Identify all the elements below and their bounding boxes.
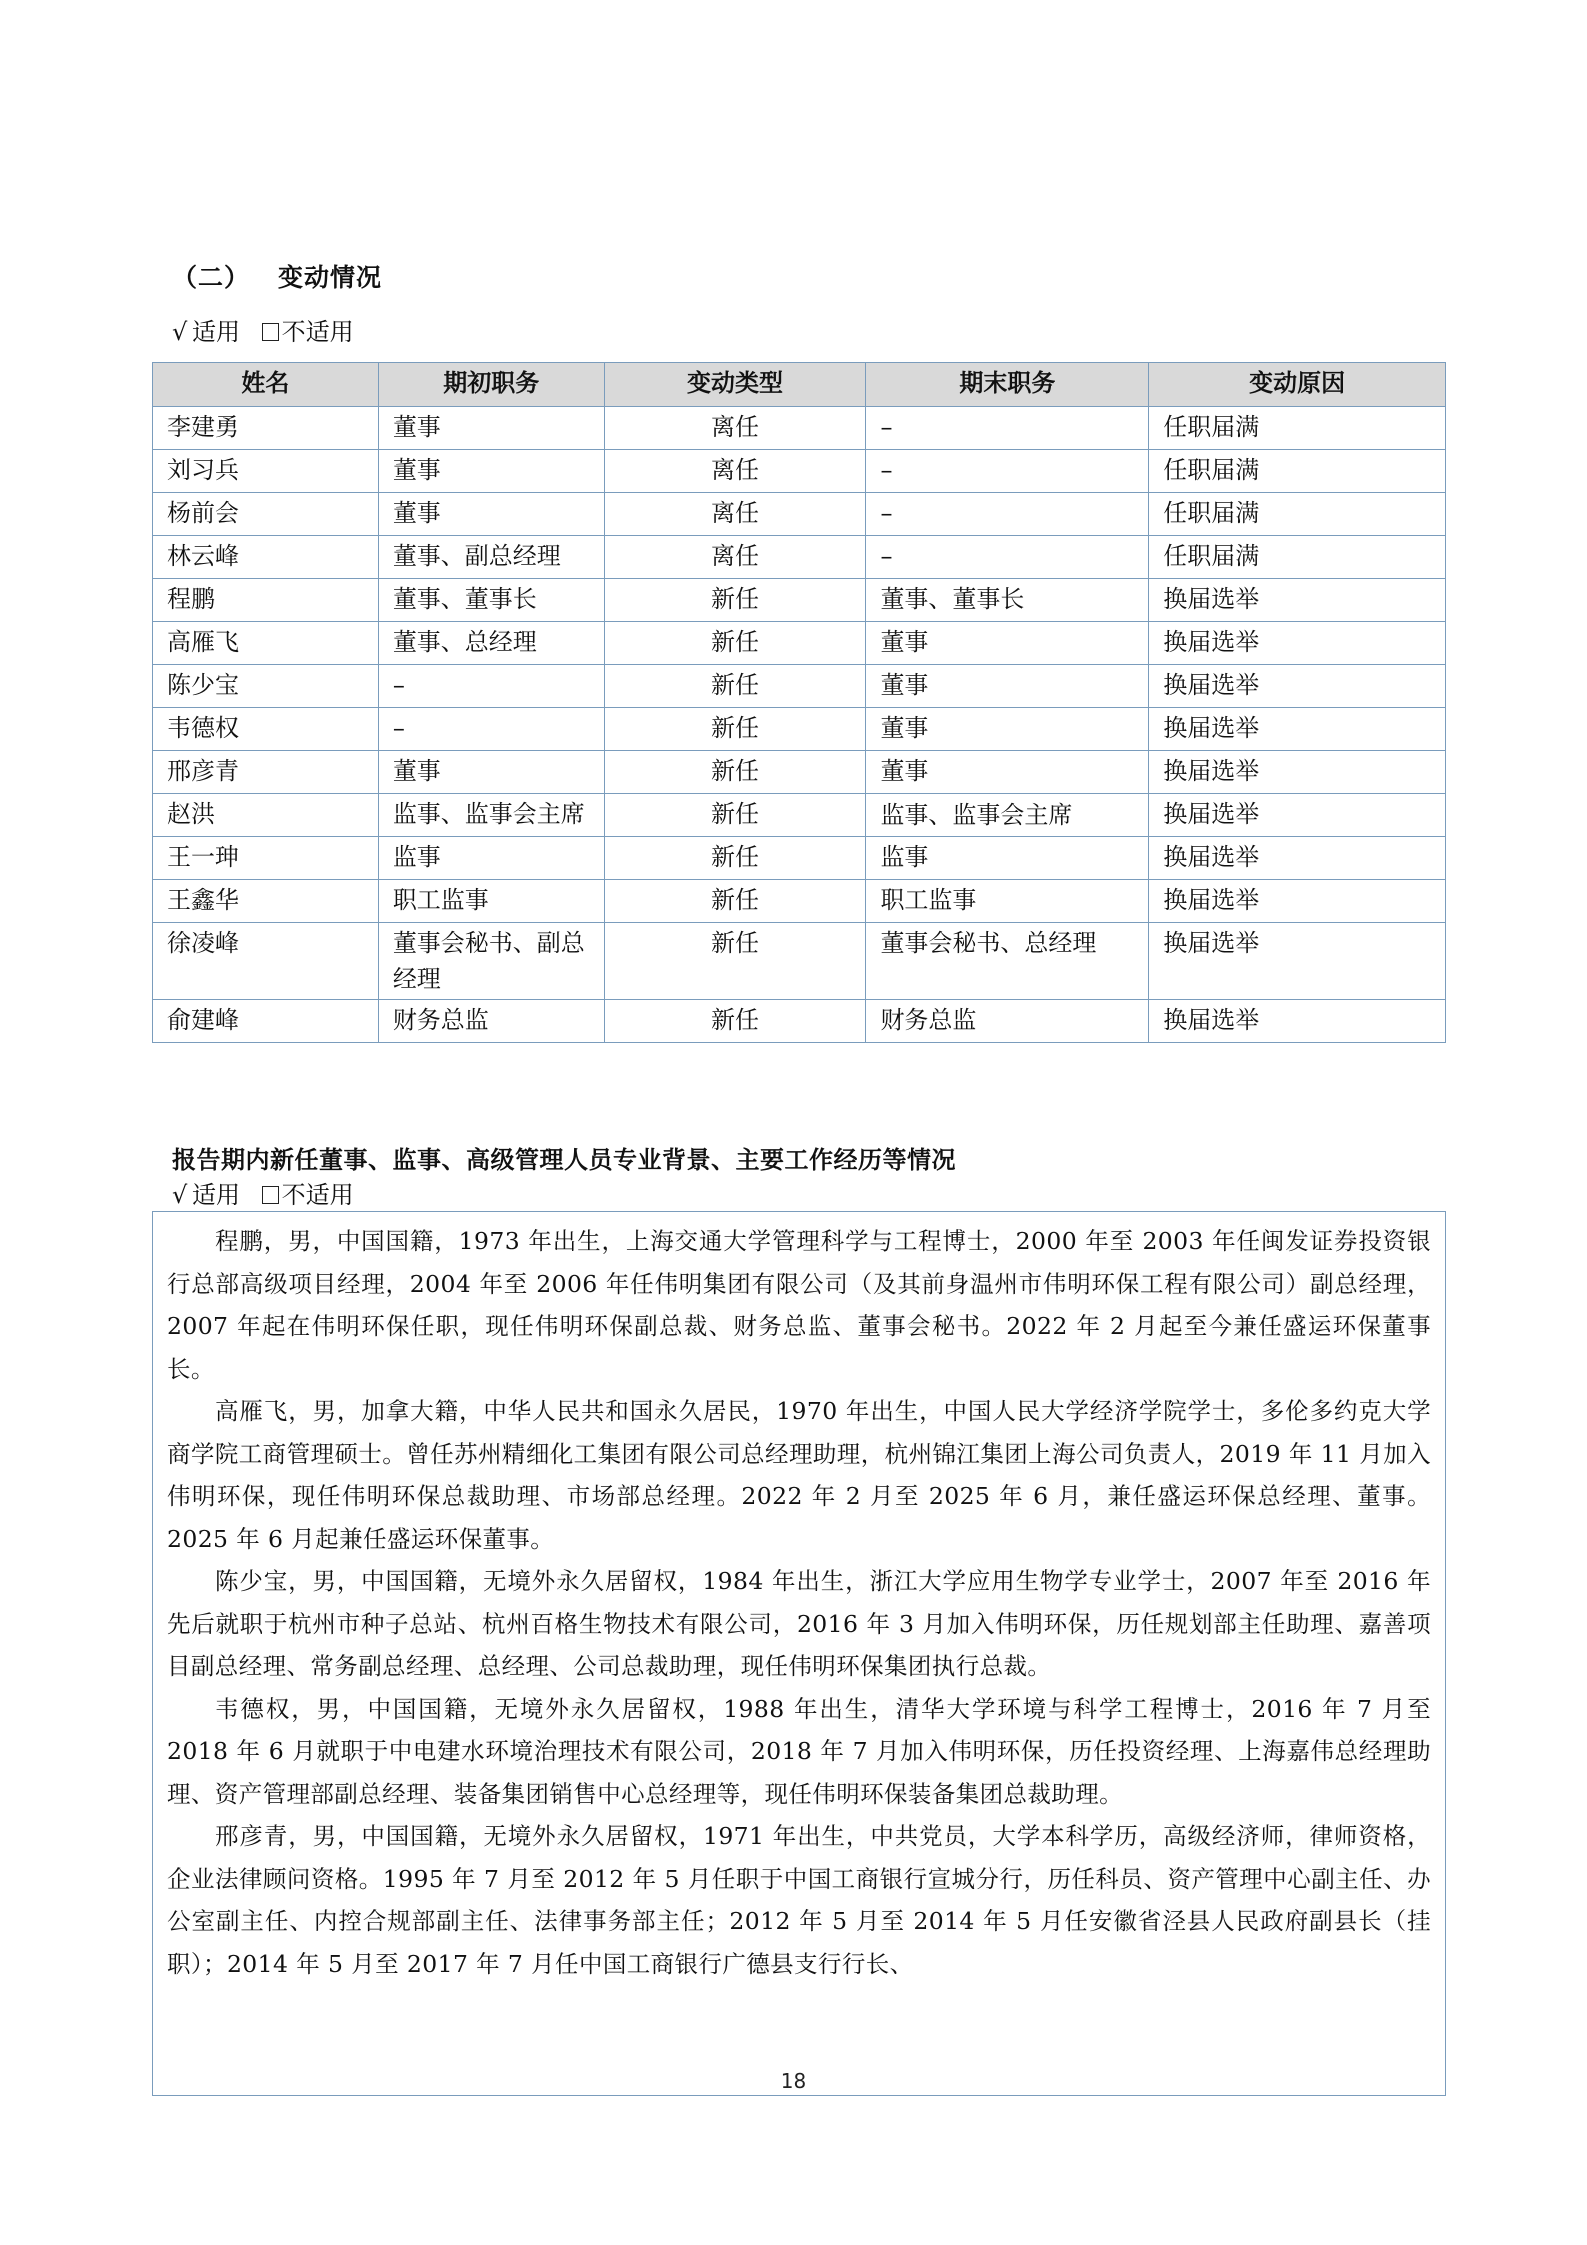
- table-row: 王一珅 监事 新任 监事 换届选举: [153, 837, 1446, 880]
- cell-name: 赵洪: [153, 794, 379, 837]
- cell-reason: 任职届满: [1149, 493, 1446, 536]
- cell-end-position: –: [866, 407, 1149, 450]
- table-row: 王鑫华 职工监事 新任 职工监事 换届选举: [153, 880, 1446, 923]
- section-number: （二）: [172, 263, 250, 292]
- cell-name: 王一珅: [153, 837, 379, 880]
- cell-reason: 任职届满: [1149, 536, 1446, 579]
- table-row: 李建勇 董事 离任 – 任职届满: [153, 407, 1446, 450]
- bio-paragraph-wei-dequan: 韦德权，男，中国国籍，无境外永久居留权，1988 年出生，清华大学环境与科学工程…: [167, 1688, 1431, 1816]
- header-name: 姓名: [153, 363, 379, 407]
- document-page: （二）变动情况 √适用 不适用 姓名 期初职务 变动类型 期末职务 变动原因 李…: [0, 0, 1587, 2245]
- cell-name: 韦德权: [153, 708, 379, 751]
- cell-begin-position: 监事: [378, 837, 604, 880]
- cell-change-type: 新任: [604, 622, 866, 665]
- applicability-selector-2: √适用 不适用: [172, 1180, 368, 1210]
- cell-end-position: 职工监事: [866, 880, 1149, 923]
- table-row: 俞建峰 财务总监 新任 财务总监 换届选举: [153, 1000, 1446, 1043]
- cell-change-type: 新任: [604, 708, 866, 751]
- checkmark-icon: √: [172, 1180, 192, 1210]
- cell-end-position: 董事: [866, 708, 1149, 751]
- cell-end-position: 董事: [866, 665, 1149, 708]
- cell-name: 杨前会: [153, 493, 379, 536]
- cell-change-type: 新任: [604, 751, 866, 794]
- cell-name: 林云峰: [153, 536, 379, 579]
- cell-change-type: 新任: [604, 794, 866, 837]
- cell-begin-position: 职工监事: [378, 880, 604, 923]
- empty-checkbox-icon: [262, 323, 279, 341]
- cell-change-type: 新任: [604, 923, 866, 1000]
- header-end-position: 期末职务: [866, 363, 1149, 407]
- section-heading: （二）变动情况: [172, 258, 382, 294]
- cell-change-type: 离任: [604, 493, 866, 536]
- cell-begin-position: 董事: [378, 450, 604, 493]
- cell-change-type: 离任: [604, 450, 866, 493]
- cell-reason: 换届选举: [1149, 837, 1446, 880]
- cell-reason: 换届选举: [1149, 708, 1446, 751]
- cell-name: 高雁飞: [153, 622, 379, 665]
- cell-begin-position: 董事会秘书、副总经理: [378, 923, 604, 1000]
- bio-paragraph-gao-yanfei: 高雁飞，男，加拿大籍，中华人民共和国永久居民，1970 年出生，中国人民大学经济…: [167, 1390, 1431, 1560]
- table-row: 徐凌峰 董事会秘书、副总经理 新任 董事会秘书、总经理 换届选举: [153, 923, 1446, 1000]
- not-applicable-label: 不适用: [282, 1181, 354, 1209]
- cell-begin-position: 董事: [378, 407, 604, 450]
- cell-name: 李建勇: [153, 407, 379, 450]
- cell-end-position: –: [866, 450, 1149, 493]
- cell-reason: 换届选举: [1149, 880, 1446, 923]
- page-number: 18: [0, 2069, 1587, 2093]
- header-begin-position: 期初职务: [378, 363, 604, 407]
- bio-text-box: 程鹏，男，中国国籍，1973 年出生，上海交通大学管理科学与工程博士，2000 …: [152, 1211, 1446, 2096]
- bio-section-title: 报告期内新任董事、监事、高级管理人员专业背景、主要工作经历等情况: [172, 1140, 956, 1175]
- option-applicable: √适用: [172, 1181, 248, 1209]
- cell-reason: 任职届满: [1149, 407, 1446, 450]
- cell-end-position: 财务总监: [866, 1000, 1149, 1043]
- cell-change-type: 新任: [604, 837, 866, 880]
- cell-begin-position: 董事、副总经理: [378, 536, 604, 579]
- table-row: 赵洪 监事、监事会主席 新任 监事、监事会主席 换届选举: [153, 794, 1446, 837]
- cell-begin-position: 董事、董事长: [378, 579, 604, 622]
- personnel-changes-table: 姓名 期初职务 变动类型 期末职务 变动原因 李建勇 董事 离任 – 任职届满 …: [152, 362, 1446, 1043]
- cell-reason: 任职届满: [1149, 450, 1446, 493]
- cell-end-position: 董事会秘书、总经理: [866, 923, 1149, 1000]
- cell-change-type: 离任: [604, 536, 866, 579]
- bio-paragraph-cheng-peng: 程鹏，男，中国国籍，1973 年出生，上海交通大学管理科学与工程博士，2000 …: [167, 1220, 1431, 1390]
- cell-end-position: 监事: [866, 837, 1149, 880]
- cell-reason: 换届选举: [1149, 794, 1446, 837]
- applicable-label: 适用: [192, 1181, 240, 1209]
- cell-begin-position: 监事、监事会主席: [378, 794, 604, 837]
- cell-name: 刘习兵: [153, 450, 379, 493]
- cell-name: 王鑫华: [153, 880, 379, 923]
- cell-begin-position: –: [378, 665, 604, 708]
- cell-reason: 换届选举: [1149, 665, 1446, 708]
- header-reason: 变动原因: [1149, 363, 1446, 407]
- cell-change-type: 离任: [604, 407, 866, 450]
- cell-name: 俞建峰: [153, 1000, 379, 1043]
- cell-end-position: 董事: [866, 751, 1149, 794]
- bio-paragraph-chen-shaobao: 陈少宝，男，中国国籍，无境外永久居留权，1984 年出生，浙江大学应用生物学专业…: [167, 1560, 1431, 1688]
- applicability-selector-1: √适用 不适用: [172, 317, 368, 347]
- cell-reason: 换届选举: [1149, 1000, 1446, 1043]
- table-row: 陈少宝 – 新任 董事 换届选举: [153, 665, 1446, 708]
- cell-end-position: 监事、监事会主席: [866, 794, 1149, 837]
- cell-begin-position: –: [378, 708, 604, 751]
- cell-end-position: –: [866, 536, 1149, 579]
- option-not-applicable: 不适用: [262, 1181, 354, 1209]
- option-applicable: √适用: [172, 318, 248, 346]
- cell-reason: 换届选举: [1149, 579, 1446, 622]
- cell-name: 陈少宝: [153, 665, 379, 708]
- cell-name: 程鹏: [153, 579, 379, 622]
- table-row: 韦德权 – 新任 董事 换届选举: [153, 708, 1446, 751]
- cell-end-position: 董事: [866, 622, 1149, 665]
- table-row: 高雁飞 董事、总经理 新任 董事 换届选举: [153, 622, 1446, 665]
- table-row: 林云峰 董事、副总经理 离任 – 任职届满: [153, 536, 1446, 579]
- applicable-label: 适用: [192, 318, 240, 346]
- table-row: 程鹏 董事、董事长 新任 董事、董事长 换届选举: [153, 579, 1446, 622]
- table-row: 邢彦青 董事 新任 董事 换届选举: [153, 751, 1446, 794]
- not-applicable-label: 不适用: [282, 318, 354, 346]
- table-row: 杨前会 董事 离任 – 任职届满: [153, 493, 1446, 536]
- cell-change-type: 新任: [604, 665, 866, 708]
- checkmark-icon: √: [172, 317, 192, 347]
- cell-name: 徐凌峰: [153, 923, 379, 1000]
- cell-reason: 换届选举: [1149, 923, 1446, 1000]
- table-header-row: 姓名 期初职务 变动类型 期末职务 变动原因: [153, 363, 1446, 407]
- cell-change-type: 新任: [604, 880, 866, 923]
- empty-checkbox-icon: [262, 1186, 279, 1204]
- table-row: 刘习兵 董事 离任 – 任职届满: [153, 450, 1446, 493]
- cell-begin-position: 董事: [378, 493, 604, 536]
- bio-paragraph-xing-yanqing: 邢彦青，男，中国国籍，无境外永久居留权，1971 年出生，中共党员，大学本科学历…: [167, 1815, 1431, 1985]
- cell-change-type: 新任: [604, 1000, 866, 1043]
- cell-reason: 换届选举: [1149, 751, 1446, 794]
- section-title: 变动情况: [278, 263, 382, 292]
- cell-begin-position: 财务总监: [378, 1000, 604, 1043]
- header-change-type: 变动类型: [604, 363, 866, 407]
- cell-reason: 换届选举: [1149, 622, 1446, 665]
- cell-begin-position: 董事: [378, 751, 604, 794]
- cell-name: 邢彦青: [153, 751, 379, 794]
- cell-change-type: 新任: [604, 579, 866, 622]
- cell-begin-position: 董事、总经理: [378, 622, 604, 665]
- cell-end-position: 董事、董事长: [866, 579, 1149, 622]
- option-not-applicable: 不适用: [262, 318, 354, 346]
- cell-end-position: –: [866, 493, 1149, 536]
